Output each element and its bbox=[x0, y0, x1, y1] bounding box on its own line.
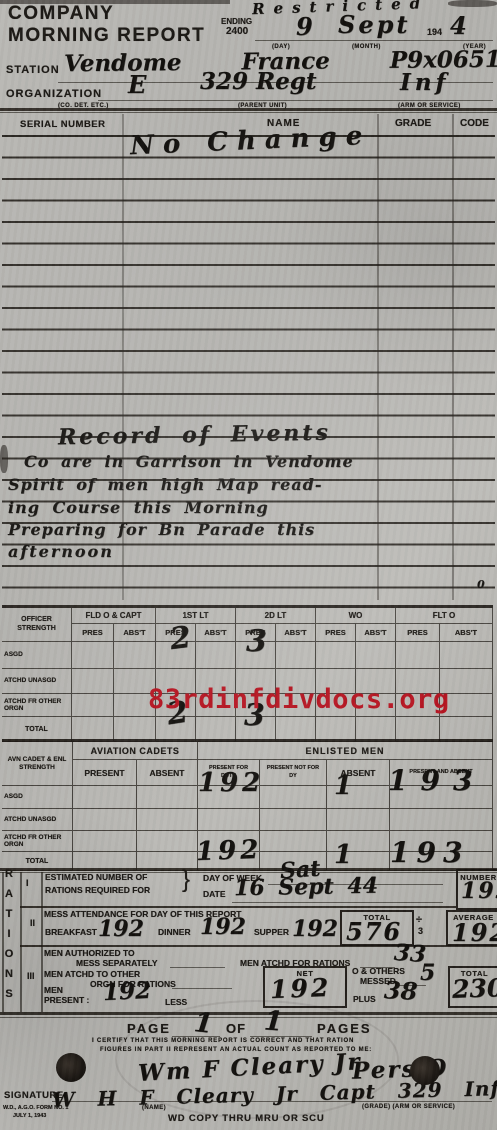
enlisted-row-label: ASGD bbox=[2, 786, 73, 809]
officer-asgd-1stlt-pres-handwriting: 2 bbox=[168, 620, 193, 657]
officer-cell bbox=[440, 642, 493, 669]
form-title-line2: MORNING REPORT bbox=[8, 25, 205, 47]
enlisted-cell bbox=[137, 786, 198, 809]
supper-handwriting: 192 bbox=[292, 916, 338, 942]
date-year-handwriting: 4 bbox=[450, 11, 467, 40]
men-present-label: MEN PRESENT : bbox=[44, 985, 99, 1005]
officer-cell bbox=[72, 642, 114, 669]
officer-cell bbox=[72, 669, 114, 694]
officer-cell bbox=[356, 642, 396, 669]
punch-hole bbox=[410, 1056, 440, 1085]
date-handwriting: 16 Sept 44 bbox=[234, 873, 378, 902]
officer-corner-label: OFFICER STRENGTH bbox=[2, 608, 72, 642]
roster-col-serial: SERIAL NUMBER bbox=[20, 119, 106, 130]
enlisted-cell bbox=[73, 852, 137, 871]
enlisted-cell bbox=[73, 786, 137, 809]
officer-group-header: 2D LT bbox=[236, 608, 316, 624]
plus-label: PLUS bbox=[353, 994, 376, 1004]
rations-left-border bbox=[2, 872, 4, 1012]
form-title-line1: COMPANY bbox=[8, 3, 114, 25]
date-month-handwriting: Sept bbox=[338, 10, 410, 39]
less-label: LESS bbox=[165, 997, 187, 1007]
others-messed-handwriting: 5 bbox=[420, 960, 435, 986]
officer-cell bbox=[316, 642, 356, 669]
events-mark-handwriting: 0 bbox=[477, 578, 485, 591]
roster-col-code: CODE bbox=[460, 118, 489, 129]
grand-total-handwriting: 230 bbox=[452, 973, 497, 1004]
officer-sub-pres: PRES bbox=[396, 624, 440, 642]
men-authorized-label-line2: MESS SEPARATELY bbox=[76, 958, 158, 968]
enlisted-total-absent-handwriting: 1 bbox=[334, 840, 352, 870]
officer-sub-abst: ABS'T bbox=[276, 624, 316, 642]
events-line-handwriting: afternoon bbox=[8, 542, 114, 561]
rations-part1-numeral: I bbox=[26, 878, 29, 888]
morning-report-scan: COMPANY MORNING REPORT ENDING 2400 Restr… bbox=[0, 0, 497, 1130]
officer-sub-abst: ABS'T bbox=[440, 624, 493, 642]
estimated-label-line2: RATIONS REQUIRED FOR bbox=[45, 885, 150, 895]
estimated-label-line1: ESTIMATED NUMBER OF bbox=[45, 872, 147, 882]
men-authorized-label-line1: MEN AUTHORIZED TO bbox=[44, 948, 135, 958]
enlisted-asgd-presabs-handwriting: 193 bbox=[388, 764, 485, 797]
plus-handwriting: 38 bbox=[383, 975, 418, 1006]
officer-sub-pres: PRES bbox=[72, 624, 114, 642]
officer-group-header: FLD O & CAPT bbox=[72, 608, 156, 624]
men-atchd-rations-line bbox=[360, 967, 395, 968]
men-present-handwriting: 192 bbox=[102, 977, 151, 1006]
orgn-rations-line bbox=[172, 988, 232, 989]
scan-artifact bbox=[0, 0, 230, 4]
enlisted-cell bbox=[260, 809, 327, 831]
year-printed: 194 bbox=[427, 27, 442, 37]
column-divider bbox=[377, 114, 379, 600]
organization-underline bbox=[98, 100, 493, 101]
enlisted-col-present: PRESENT bbox=[73, 760, 137, 786]
officer-group-header: FLT O bbox=[396, 608, 493, 624]
officer-asgd-2dlt-pres-handwriting: 3 bbox=[246, 624, 267, 659]
enlisted-cell bbox=[260, 831, 327, 852]
scan-artifact bbox=[448, 0, 497, 7]
enlisted-total-presabs-handwriting: 193 bbox=[390, 836, 469, 869]
net-handwriting: 192 bbox=[270, 973, 332, 1004]
officer-sub-abst: ABS'T bbox=[114, 624, 156, 642]
date-day-handwriting: 9 bbox=[296, 12, 313, 41]
ending-time: 2400 bbox=[226, 26, 248, 37]
events-line-handwriting: Preparing for Bn Parade this bbox=[8, 520, 315, 539]
number-handwriting: 192 bbox=[461, 878, 497, 904]
officer-row-label: ATCHD UNASGD bbox=[2, 669, 72, 694]
dinner-label: DINNER bbox=[158, 927, 191, 937]
rations-divider bbox=[41, 872, 43, 1012]
officer-cell bbox=[196, 642, 236, 669]
rations-divider bbox=[20, 872, 22, 1012]
supper-label: SUPPER bbox=[254, 927, 289, 937]
page-number-handwriting: 1 bbox=[192, 1007, 214, 1040]
enlisted-cell bbox=[137, 852, 198, 871]
column-divider bbox=[452, 114, 454, 600]
events-line-handwriting: Spirit of men high Map read- bbox=[8, 475, 322, 494]
officer-cell bbox=[114, 642, 156, 669]
date-underline bbox=[255, 40, 493, 41]
pages-number-handwriting: 1 bbox=[263, 1005, 284, 1037]
officer-row-label: ASGD bbox=[2, 642, 72, 669]
events-line-handwriting: Co are in Garrison in Vendome bbox=[24, 452, 354, 471]
officer-row-label: ATCHD FR OTHER ORGN bbox=[2, 694, 72, 717]
officer-sub-pres: PRES bbox=[316, 624, 356, 642]
enlisted-total-duty-handwriting: 192 bbox=[195, 835, 262, 867]
enlisted-cell bbox=[327, 809, 390, 831]
events-title-handwriting: Record of Events bbox=[58, 420, 331, 451]
enlisted-bottom-rule-thin bbox=[0, 872, 497, 873]
punch-hole bbox=[56, 1053, 86, 1082]
enlisted-cell bbox=[390, 809, 493, 831]
org-parent-handwriting: 329 Regt bbox=[200, 68, 316, 95]
divide-symbol: ÷ bbox=[416, 914, 422, 926]
enlisted-col-absent: ABSENT bbox=[137, 760, 198, 786]
part1-divider bbox=[20, 906, 456, 908]
date-label: DATE bbox=[203, 889, 226, 899]
enlisted-group-cadets: AVIATION CADETS bbox=[73, 742, 198, 760]
ending-label: ENDING bbox=[221, 17, 252, 26]
officer-sub-abst: ABS'T bbox=[196, 624, 236, 642]
divide-by: 3 bbox=[418, 926, 423, 936]
officer-cell bbox=[396, 642, 440, 669]
roster-col-grade: GRADE bbox=[395, 118, 431, 129]
enlisted-cell bbox=[260, 786, 327, 809]
org-arm-handwriting: Inf bbox=[400, 69, 449, 96]
header-divider-thin bbox=[0, 112, 497, 113]
grade-arm-sublabel: (GRADE) (ARM OR SERVICE) bbox=[362, 1104, 455, 1110]
header-divider bbox=[0, 108, 497, 111]
enlisted-row-label: ATCHD UNASGD bbox=[2, 809, 73, 831]
enlisted-cell bbox=[73, 809, 137, 831]
mess-total-handwriting: 576 bbox=[346, 917, 402, 946]
breakfast-label: BREAKFAST bbox=[45, 927, 97, 937]
organization-label: ORGANIZATION bbox=[6, 88, 102, 100]
watermark-text: 83rdinfdivdocs.org bbox=[148, 684, 450, 715]
officer-group-header: WO bbox=[316, 608, 396, 624]
rations-side-label: RATIONS bbox=[3, 868, 15, 1013]
rations-part3-numeral: III bbox=[27, 971, 35, 981]
officer-cell bbox=[276, 642, 316, 669]
rations-part2-numeral: II bbox=[30, 918, 35, 928]
officer-sub-abst: ABS'T bbox=[356, 624, 396, 642]
dinner-handwriting: 192 bbox=[200, 914, 246, 940]
events-line-handwriting: ing Course this Morning bbox=[8, 498, 269, 517]
station-label: STATION bbox=[6, 64, 60, 76]
form-number-line2: JULY 1, 1943 bbox=[13, 1113, 46, 1119]
average-handwriting: 192 bbox=[452, 918, 497, 947]
enlisted-cell bbox=[73, 831, 137, 852]
date-line bbox=[232, 902, 443, 903]
enlisted-col-pres-not-duty: PRESENT NOT FOR DY bbox=[260, 760, 327, 786]
breakfast-handwriting: 192 bbox=[98, 916, 144, 942]
enlisted-cell bbox=[137, 809, 198, 831]
enlisted-asgd-absent-handwriting: 1 bbox=[334, 771, 352, 801]
enlisted-row-label: TOTAL bbox=[2, 852, 73, 871]
enlisted-cell bbox=[198, 809, 260, 831]
enlisted-asgd-duty-handwriting: 192 bbox=[198, 768, 264, 798]
enlisted-corner-label: AVN CADET & ENL STRENGTH bbox=[2, 742, 73, 786]
org-unit-handwriting: E bbox=[128, 70, 146, 99]
enlisted-row-label: ATCHD FR OTHER ORGN bbox=[2, 831, 73, 852]
enlisted-cell bbox=[137, 831, 198, 852]
mess-separately-line bbox=[170, 967, 225, 968]
officer-cell bbox=[72, 694, 114, 717]
enlisted-group-enlisted: ENLISTED MEN bbox=[198, 742, 493, 760]
